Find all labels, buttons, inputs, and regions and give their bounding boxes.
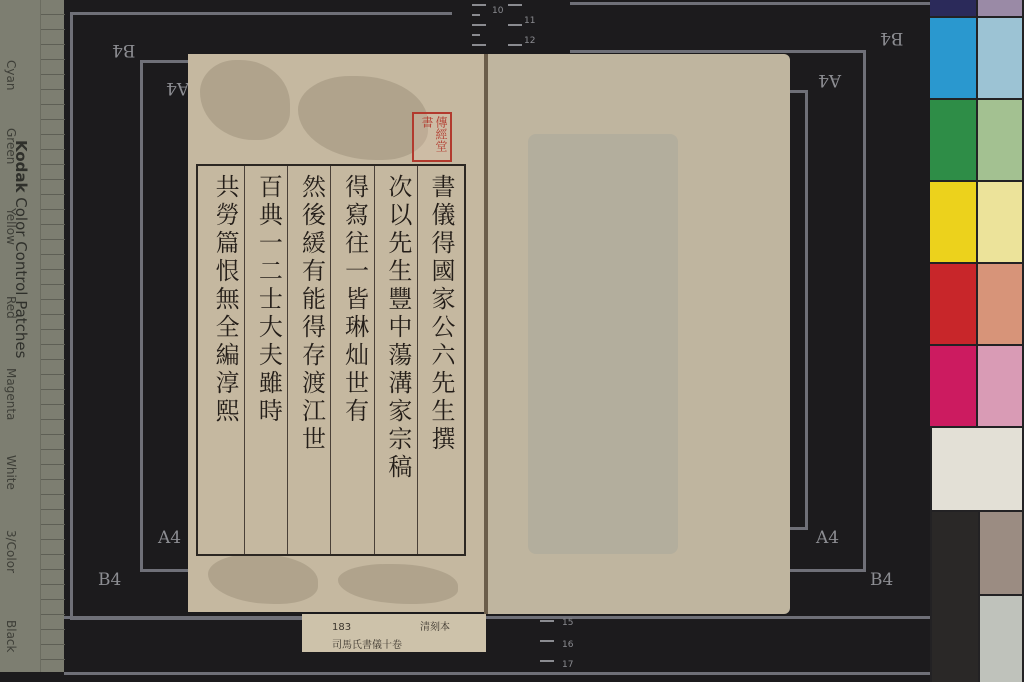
- patch-dark-blue: [930, 0, 976, 16]
- patch-white: [932, 428, 1022, 510]
- patch-light-yellow: [978, 182, 1022, 262]
- patch-green: [930, 100, 976, 180]
- text-column: 百典一二士大夫雖時: [244, 166, 287, 554]
- ruler-number: 11: [524, 16, 535, 26]
- patch-magenta: [930, 346, 976, 426]
- patch-light-gray: [980, 596, 1022, 682]
- mat-frame-top-right-line: [570, 2, 930, 5]
- kodak-title: Kodak Color Control Patches: [12, 140, 30, 358]
- patch-yellow: [930, 182, 976, 262]
- ruler-number: 12: [524, 36, 535, 46]
- mark-b4-bottom-right: B4: [870, 570, 893, 590]
- printed-text-frame: 書儀得國家公六先生撰 次以先生豐中蕩溝家宗稿 得寫往一皆琳灿世有 然後緩有能得存…: [196, 164, 466, 556]
- label-black: Black: [4, 620, 18, 652]
- label-white: White: [4, 455, 18, 490]
- label-magenta: Magenta: [4, 368, 18, 420]
- book-right-page: [488, 54, 790, 614]
- patch-light-magenta: [978, 346, 1022, 426]
- text-column: 次以先生豐中蕩溝家宗稿: [374, 166, 417, 554]
- patch-light-red: [978, 264, 1022, 344]
- slip-line-1: 清刻本: [420, 618, 450, 633]
- text-column: 共勞篇恨無全編淳熙: [202, 166, 244, 554]
- text-column: 書儀得國家公六先生撰: [417, 166, 460, 554]
- kodak-color-control-strip: Cyan Green Kodak Color Control Patches Y…: [0, 0, 64, 672]
- label-cyan: Cyan: [4, 60, 18, 90]
- ruler-number: 15: [562, 618, 573, 628]
- mark-b4-top-left: B4: [112, 40, 135, 60]
- kodak-ruler-scale: [40, 0, 65, 672]
- patch-light-cyan: [978, 18, 1022, 98]
- mark-b4-top-right: B4: [880, 28, 903, 48]
- patch-light-green: [978, 100, 1022, 180]
- patch-cyan: [930, 18, 976, 98]
- show-through-text: [528, 134, 678, 554]
- patch-lavender: [978, 0, 1022, 16]
- mark-b4-bottom-left: B4: [98, 570, 121, 590]
- label-red: Red: [4, 296, 18, 319]
- slip-number: 183: [332, 622, 351, 633]
- kodak-brand: Kodak: [12, 140, 30, 193]
- mark-a4-bottom-left: A4: [158, 528, 181, 548]
- label-yellow: Yellow: [4, 208, 18, 245]
- patch-brown-gray: [980, 512, 1022, 594]
- color-patch-target: [930, 0, 1024, 682]
- text-column: 得寫往一皆琳灿世有: [330, 166, 373, 554]
- book-left-page: 傳經堂書 書儀得國家公六先生撰 次以先生豐中蕩溝家宗稿 得寫往一皆琳灿世有 然後…: [188, 54, 486, 612]
- patch-black: [932, 512, 978, 682]
- text-column: 然後緩有能得存渡江世: [287, 166, 330, 554]
- mark-a4-top-right: A4: [818, 70, 841, 90]
- patch-red: [930, 264, 976, 344]
- ruler-number: 17: [562, 660, 573, 670]
- ruler-number: 10: [492, 6, 503, 16]
- catalog-slip: 183 清刻本 司馬氏書儀十卷: [302, 614, 486, 652]
- collector-seal: 傳經堂書: [412, 112, 452, 162]
- mark-a4-top-left: A4: [166, 78, 189, 98]
- label-3color: 3/Color: [4, 530, 18, 573]
- slip-line-2: 司馬氏書儀十卷: [332, 636, 402, 651]
- ruler-number: 16: [562, 640, 573, 650]
- mark-a4-bottom-right: A4: [816, 528, 839, 548]
